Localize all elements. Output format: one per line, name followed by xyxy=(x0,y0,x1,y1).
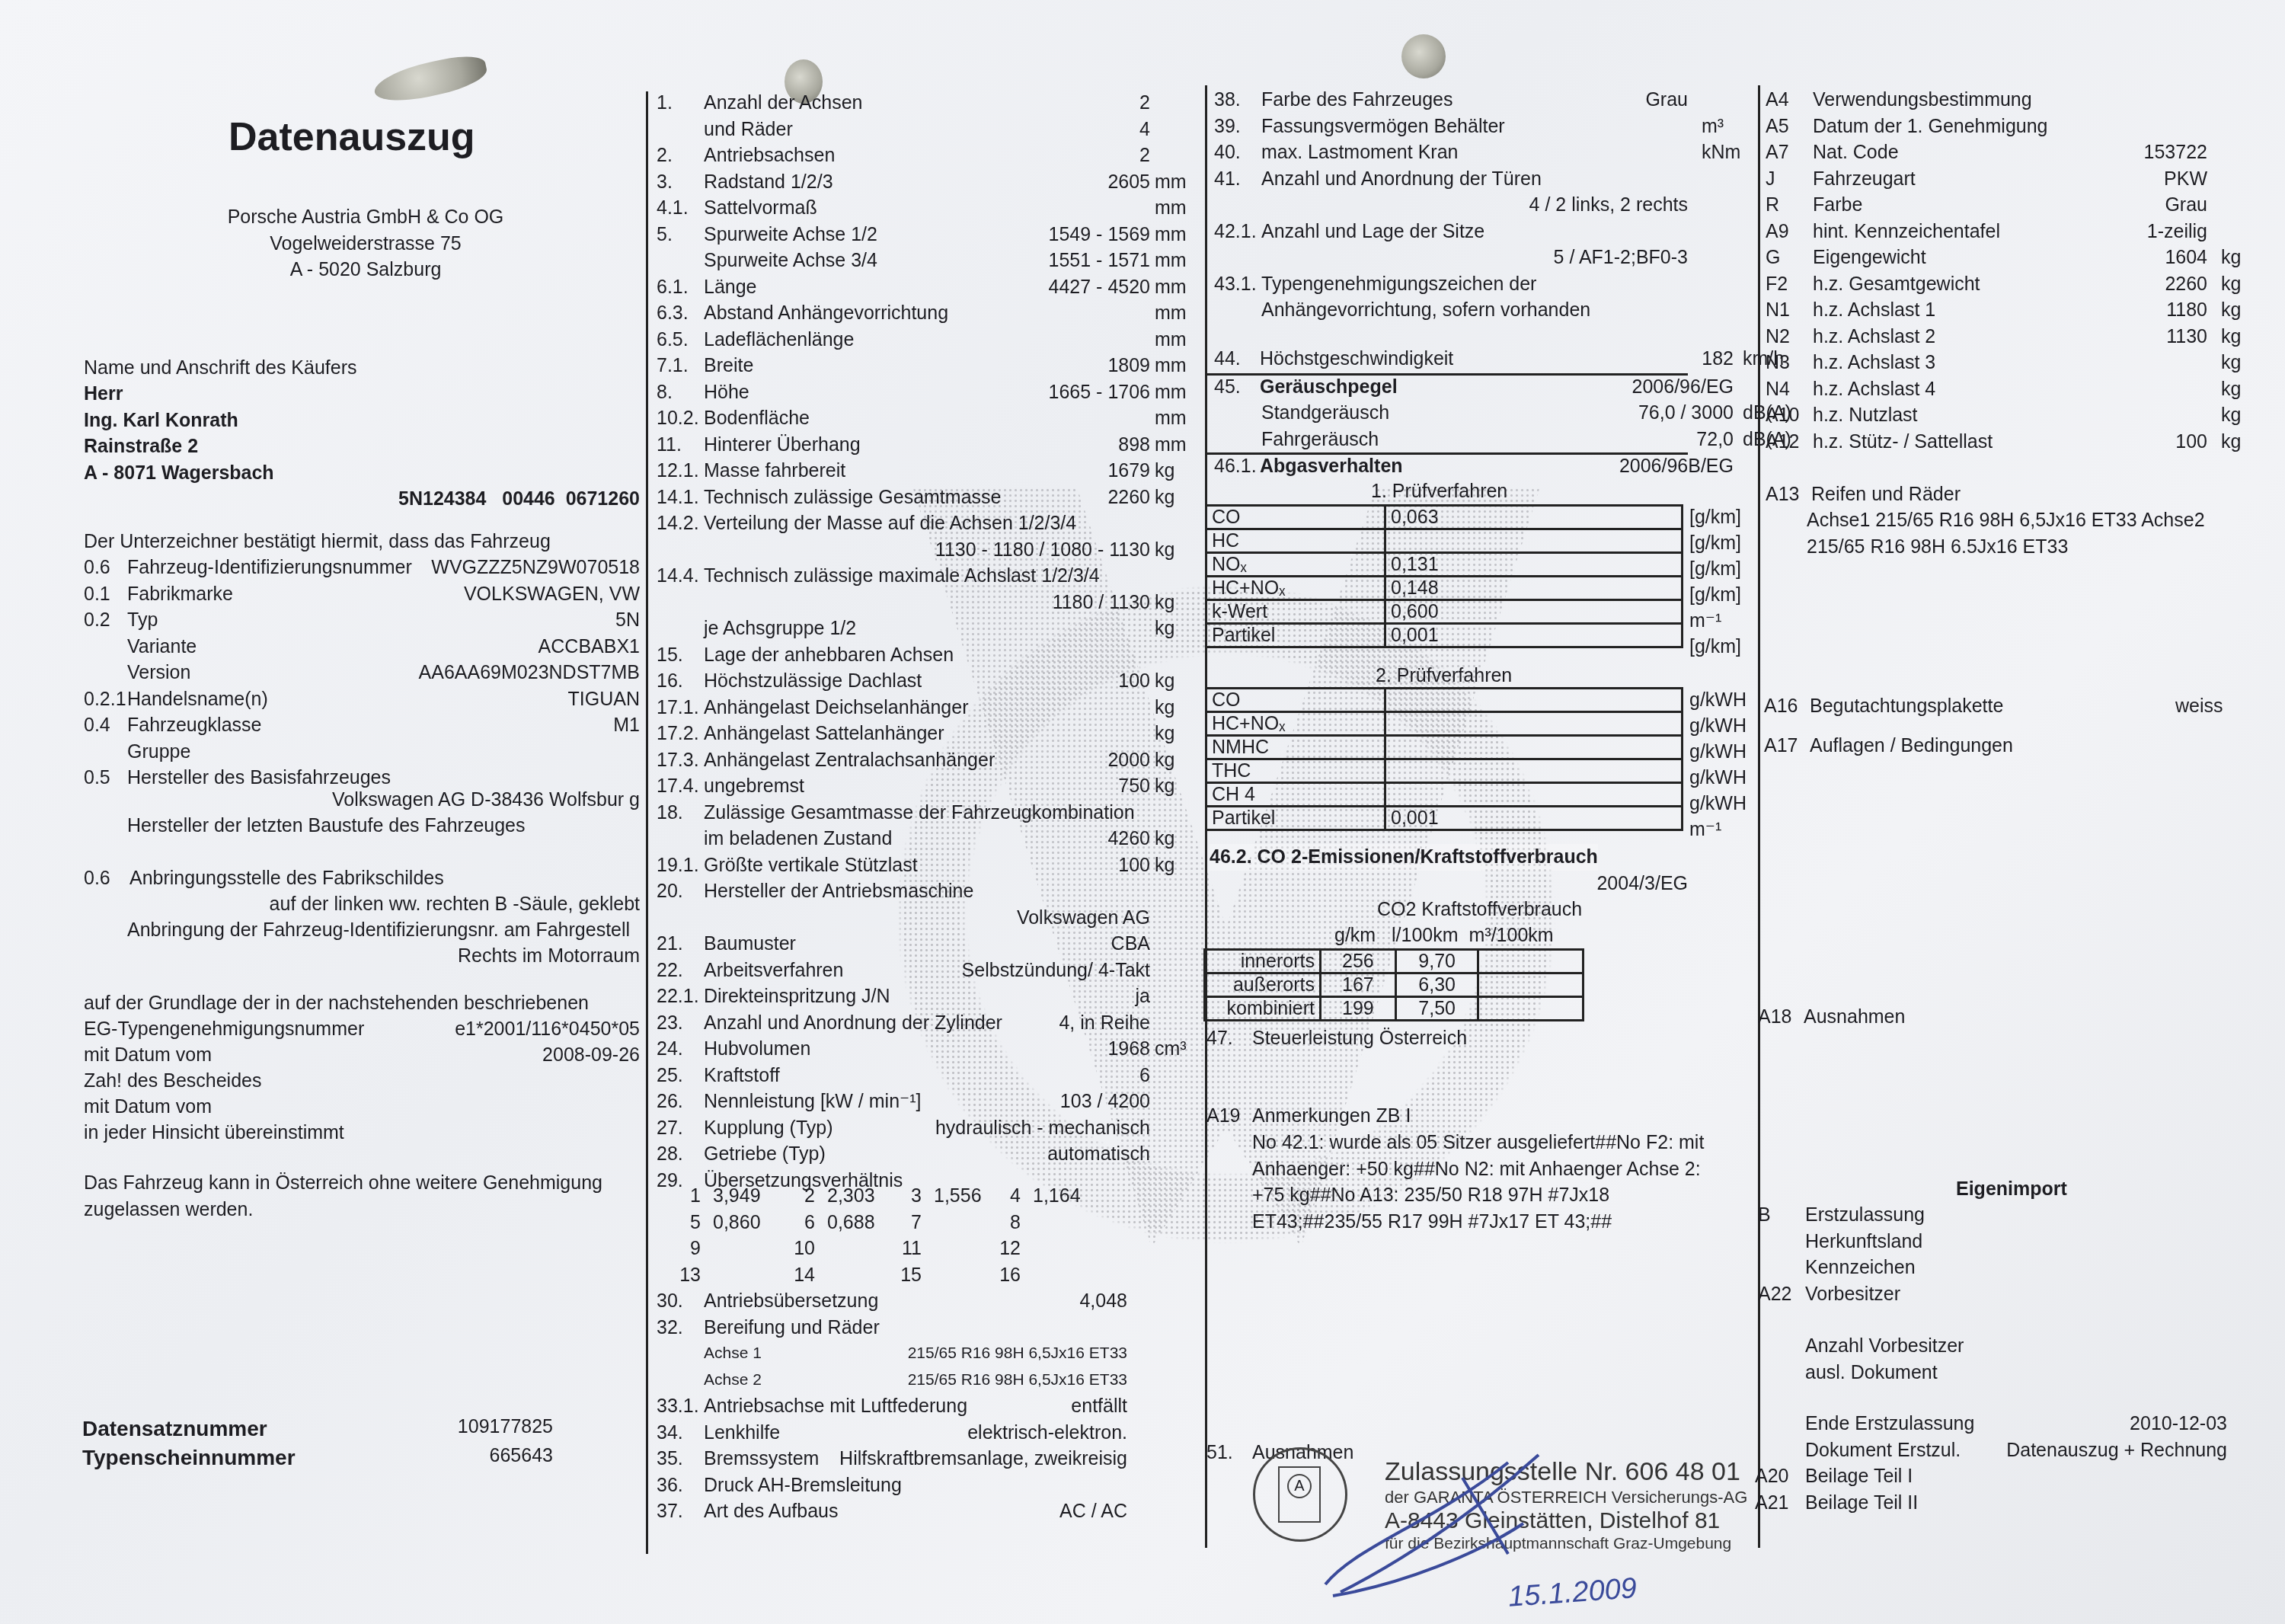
field-unit: kg xyxy=(1155,747,1174,774)
type-certificate-label: Typenscheinnummer xyxy=(82,1446,296,1470)
col4-row: F2h.z. Gesamtgewicht2260kg xyxy=(1766,271,2283,298)
emissions-header: 46.1.Abgasverhalten 2006/96B/EG xyxy=(1214,453,1747,480)
field-label: ungebremst xyxy=(704,773,804,800)
pollutant-unit: [g/km] xyxy=(1689,634,1741,660)
pollutant-value xyxy=(1385,529,1683,553)
pollutant-name: Partikel xyxy=(1206,807,1385,830)
field-code: 15. xyxy=(657,642,704,669)
stamp-badge: A xyxy=(1287,1474,1312,1498)
col3-row: 40.max. Lastmoment KrankNm xyxy=(1214,139,1747,166)
buyer-street: Rainstraße 2 xyxy=(84,433,274,460)
field-value: TIGUAN xyxy=(568,686,640,713)
pollutant-unit: g/kWH xyxy=(1689,765,1747,791)
emissions-table-1: CO0,063HCNOₓ0,131HC+NOₓ0,148k-Wert0,600P… xyxy=(1205,504,1683,648)
technical-row: 17.4.ungebremst750kg xyxy=(657,773,1194,800)
col4-row: JFahrzeugartPKW xyxy=(1766,166,2283,193)
field-unit: mm xyxy=(1155,274,1187,301)
col4-row: A9hint. Kennzeichentafel1-zeilig xyxy=(1766,219,2283,245)
field-value: WVGZZZ5NZ9W070518 xyxy=(431,555,640,581)
emissions-table-2: COHC+NOₓNMHCTHCCH 4Partikel0,001 xyxy=(1205,687,1683,831)
field-code: 14.4. xyxy=(657,563,704,590)
field-label: Anzahl und Anordnung der Zylinder xyxy=(704,1010,1002,1037)
technical-row: 21.BaumusterCBA xyxy=(657,931,1194,957)
field-code: 22. xyxy=(657,957,704,984)
field-code: 35. xyxy=(657,1446,704,1472)
field-code: 17.2. xyxy=(657,721,704,747)
field-value: 1130 - 1180 / 1080 - 1130 xyxy=(935,537,1150,564)
field-value: 100 xyxy=(2175,429,2207,456)
field-label: Bremssystem xyxy=(704,1446,819,1472)
pollutant-value xyxy=(1385,783,1683,807)
col4-row: A5Datum der 1. Genehmigung xyxy=(1766,113,2283,140)
field-label: Variante xyxy=(127,634,197,660)
col4-row: A10h.z. Nutzlastkg xyxy=(1766,402,2283,429)
co2-row: innerorts2569,70 xyxy=(1205,950,1584,973)
technical-row: 25.Kraftstoff6 xyxy=(657,1063,1194,1089)
field-label: Farbe des Fahrzeuges xyxy=(1261,87,1453,113)
field-value: automatisch xyxy=(1047,1141,1150,1168)
col4-row: RFarbeGrau xyxy=(1766,192,2283,219)
field-code: R xyxy=(1766,192,1813,219)
field-value: 1549 - 1569 xyxy=(1049,222,1150,248)
field-label: Fahrgeräusch xyxy=(1261,429,1379,450)
remarks-text: No 42.1: wurde als 05 Sitzer ausgeliefer… xyxy=(1252,1130,1704,1235)
technical-row: 33.1.Antriebsachse mit Luftfederungentfä… xyxy=(657,1393,1194,1420)
approval-intro: auf der Grundlage der in der nachstehend… xyxy=(84,990,589,1017)
field-unit: mm xyxy=(1155,353,1187,379)
pollutant-name: CO xyxy=(1206,506,1385,529)
pollutant-value: 0,001 xyxy=(1385,807,1683,830)
gear-number: 16 xyxy=(990,1262,1021,1289)
technical-row: 14.1.Technisch zulässige Gesamtmasse2260… xyxy=(657,484,1194,511)
field-value: 1180 xyxy=(2166,297,2207,324)
field-code: 17.1. xyxy=(657,695,704,721)
technical-row: Achse 2215/65 R16 98H 6,5Jx16 ET33 xyxy=(657,1367,1194,1394)
conformity-text: in jeder Hinsicht übereinstimmt xyxy=(84,1120,344,1146)
field-label: hint. Kennzeichentafel xyxy=(1813,219,2000,245)
issuer-name: Porsche Austria GmbH & Co OG xyxy=(183,204,548,231)
gear-ratio-value: 0,860 xyxy=(713,1210,761,1236)
col3-row: 39.Fassungsvermögen Behälterm³ xyxy=(1214,113,1747,140)
field-code: 30. xyxy=(657,1288,704,1315)
reference-codes: 5N124384 00446 0671260 xyxy=(305,486,640,513)
technical-row: 20.Hersteller der Antriebsmaschine xyxy=(657,878,1194,905)
field-label: Beilage Teil I xyxy=(1805,1463,1913,1490)
technical-row: 7.1.Breite1809mm xyxy=(657,353,1194,379)
field-label: Kupplung (Typ) xyxy=(704,1115,833,1142)
field-value: 1551 - 1571 xyxy=(1049,248,1150,274)
noise-row: Fahrgeräusch72,0dB(A) xyxy=(1261,427,1749,453)
field-value: 76,0 / 3000 xyxy=(1414,400,1734,427)
field-code: 39. xyxy=(1214,113,1261,140)
field-code: G xyxy=(1766,245,1813,271)
pollutant-name: HC+NOₓ xyxy=(1206,712,1385,736)
registration-note: Das Fahrzeug kann in Österreich ohne wei… xyxy=(84,1170,602,1223)
field-code: N1 xyxy=(1766,297,1813,324)
field-unit: mm xyxy=(1155,405,1187,432)
decision-label: Zah! des Bescheides xyxy=(84,1068,261,1095)
base-manufacturer: Volkswagen AG D-38436 Wolfsbur g xyxy=(152,787,640,814)
technical-row: 1.Anzahl der Achsen2 xyxy=(657,90,1194,117)
noise-header: 45.Geräuschpegel 2006/96/EG xyxy=(1214,374,1747,401)
field-value: CBA xyxy=(1111,931,1150,957)
decision-date-label: mit Datum vom xyxy=(84,1094,212,1120)
field-value: ACCBABX1 xyxy=(538,634,640,660)
field-code: 8. xyxy=(657,379,704,406)
identity-row: VarianteACCBABX1 xyxy=(84,634,640,660)
field-label: Größte vertikale Stützlast xyxy=(704,852,918,879)
field-value: 2 xyxy=(1139,90,1150,117)
gear-ratio-value: 3,949 xyxy=(713,1183,761,1210)
record-number: 109177825 xyxy=(381,1414,553,1440)
technical-row: 32.Bereifung und Räder xyxy=(657,1315,1194,1341)
col4-row: N2h.z. Achslast 21130kg xyxy=(1766,324,2283,350)
issuer-block: Porsche Austria GmbH & Co OG Vogelweider… xyxy=(183,204,548,283)
field-code: 0.4 xyxy=(84,712,127,739)
field-unit: mm xyxy=(1155,222,1187,248)
emission-row: HC+NOₓ0,148 xyxy=(1206,577,1683,600)
field-label: Standgeräusch xyxy=(1261,402,1389,424)
field-value: Selbstzündung/ 4-Takt xyxy=(962,957,1150,984)
field-value: 6 xyxy=(1139,1063,1150,1089)
noise-row: Standgeräusch76,0 / 3000dB(A) xyxy=(1261,400,1749,427)
col4-row: N4h.z. Achslast 4kg xyxy=(1766,376,2283,403)
col4-row: A4Verwendungsbestimmung xyxy=(1766,87,2283,113)
field-value: Hilfskraftbremsanlage, zweikreisig xyxy=(839,1446,1127,1472)
field-unit: kg xyxy=(1155,590,1174,616)
co2-cell-name: innerorts xyxy=(1205,950,1321,973)
pollutant-value xyxy=(1385,736,1683,759)
technical-row: 14.2.Verteilung der Masse auf die Achsen… xyxy=(657,510,1194,537)
co2-header: 46.2. CO 2-Emissionen/Kraftstoffverbrauc… xyxy=(1210,844,1598,871)
field-value: AC / AC xyxy=(1059,1498,1127,1525)
pollutant-name: k-Wert xyxy=(1206,600,1385,624)
technical-row: im beladenen Zustand4260kg xyxy=(657,826,1194,852)
buyer-label: Name und Anschrift des Käufers xyxy=(84,355,357,382)
field-label: Antriebsübersetzung xyxy=(704,1288,878,1315)
column-divider xyxy=(1758,85,1760,1548)
pollutant-unit: [g/km] xyxy=(1689,530,1741,557)
field-value: VOLKSWAGEN, VW xyxy=(464,581,640,608)
field-label: Version xyxy=(127,660,190,686)
pollutant-name: NMHC xyxy=(1206,736,1385,759)
field-label: Höhe xyxy=(704,379,749,406)
field-label: Bereifung und Räder xyxy=(704,1315,880,1341)
co2-directive: 2004/3/EG xyxy=(1447,871,1688,897)
tires-text: Achse1 215/65 R16 98H 6,5Jx16 ET33 Achse… xyxy=(1807,507,2205,560)
field-code: 34. xyxy=(657,1420,704,1447)
gear-number: 12 xyxy=(990,1236,1021,1262)
field-code: 22.1. xyxy=(657,983,704,1010)
emission-row: HC xyxy=(1206,529,1683,553)
pollutant-name: HC+NOₓ xyxy=(1206,577,1385,600)
field-label: Sattelvormaß xyxy=(704,195,817,222)
technical-row: 6.1.Länge4427 - 4520mm xyxy=(657,274,1194,301)
pollutant-value: 0,600 xyxy=(1385,600,1683,624)
buyer-salutation: Herr xyxy=(84,381,274,408)
gear-number: 9 xyxy=(670,1236,701,1262)
field-unit: kg xyxy=(1155,695,1174,721)
technical-row: 2.Antriebsachsen2 xyxy=(657,142,1194,169)
field-unit: kg xyxy=(2221,350,2241,376)
technical-row: 19.1.Größte vertikale Stützlast100kg xyxy=(657,852,1194,879)
technical-row: 3.Radstand 1/2/32605mm xyxy=(657,169,1194,196)
co2-cell-m3 xyxy=(1478,950,1584,973)
technical-row: Achse 1215/65 R16 98H 6,5Jx16 ET33 xyxy=(657,1341,1194,1367)
field-value: 215/65 R16 98H 6,5Jx16 ET33 xyxy=(908,1367,1127,1394)
technical-row: 22.ArbeitsverfahrenSelbstzündung/ 4-Takt xyxy=(657,957,1194,984)
co2-table-header: CO2 Kraftstoffverbrauch xyxy=(1377,897,1582,923)
field-label: Achse 1 xyxy=(704,1341,762,1367)
field-label: Höchstzulässige Dachlast xyxy=(704,668,922,695)
issuer-city: A - 5020 Salzburg xyxy=(183,257,548,283)
field-label: Art des Aufbaus xyxy=(704,1498,839,1525)
field-code: 0.5 xyxy=(84,765,127,791)
field-unit: kg xyxy=(2221,402,2241,429)
field-unit: kg xyxy=(2221,324,2241,350)
field-value: 4 / 2 links, 2 rechts xyxy=(1529,192,1688,219)
field-label: Fahrzeugart xyxy=(1813,166,1916,193)
buyer-name: Ing. Karl Konrath xyxy=(84,408,274,434)
pollutant-unit: g/kWH xyxy=(1689,739,1747,766)
field-value: 100 xyxy=(1118,852,1150,879)
vin-location-value: Rechts im Motorraum xyxy=(152,943,640,970)
field-code: 12.1. xyxy=(657,458,704,484)
punch-hole xyxy=(371,51,490,107)
pollutant-value: 0,148 xyxy=(1385,577,1683,600)
field-unit: kg xyxy=(2221,297,2241,324)
field-code: A9 xyxy=(1766,219,1813,245)
field-value: 4427 - 4520 xyxy=(1049,274,1150,301)
technical-row: 6.3.Abstand Anhängevorrichtungmm xyxy=(657,300,1194,327)
field-label: Antriebsachsen xyxy=(704,142,835,169)
pollutant-unit: [g/km] xyxy=(1689,582,1741,609)
technical-row: 35.BremssystemHilfskraftbremsanlage, zwe… xyxy=(657,1446,1194,1472)
type-certificate-number: 665643 xyxy=(381,1443,553,1469)
technical-row: 22.1.Direkteinspritzung J/Nja xyxy=(657,983,1194,1010)
field-label: h.z. Achslast 4 xyxy=(1813,376,1935,403)
co2-cell-name: außerorts xyxy=(1205,973,1321,997)
field-code: 3. xyxy=(657,169,704,196)
field-code: A21 xyxy=(1755,1490,1805,1517)
approval-number-label: EG-Typengenehmigungsnummer xyxy=(84,1016,364,1043)
field-value: 1130 xyxy=(2166,324,2207,350)
field-value: 2000 xyxy=(1107,747,1150,774)
pollutant-name: CO xyxy=(1206,689,1385,712)
field-unit: kg xyxy=(1155,826,1174,852)
field-label: Bodenfläche xyxy=(704,405,810,432)
field-label: Radstand 1/2/3 xyxy=(704,169,833,196)
field-value: entfällt xyxy=(1071,1393,1127,1420)
field-code: 17.3. xyxy=(657,747,704,774)
emission-row: Partikel0,001 xyxy=(1206,624,1683,647)
inspection-sticker-row: A16Begutachtungsplakette weiss xyxy=(1764,693,2236,720)
exceptions-row-a18: A18Ausnahmen xyxy=(1758,1004,1905,1031)
field-label: Farbe xyxy=(1813,192,1862,219)
field-label: h.z. Achslast 2 xyxy=(1813,324,1935,350)
field-label: Datum der 1. Genehmigung xyxy=(1813,113,2048,140)
field-unit: kg xyxy=(1155,537,1174,564)
field-value: Volkswagen AG xyxy=(1017,905,1150,932)
test2-title: 2. Prüfverfahren xyxy=(1376,663,1512,689)
field-label: h.z. Stütz- / Sattellast xyxy=(1813,429,1993,456)
col3-row: 38.Farbe des FahrzeugesGrau xyxy=(1214,87,1747,113)
gear-ratio-value: 1,164 xyxy=(1033,1183,1081,1210)
field-code: N4 xyxy=(1766,376,1813,403)
field-value: Grau xyxy=(1645,87,1688,113)
pollutant-value: 0,001 xyxy=(1385,624,1683,647)
field-label: Technisch zulässige Gesamtmasse xyxy=(704,484,1001,511)
field-label: Anhängelast Zentralachsanhänger xyxy=(704,747,995,774)
identity-row: Gruppe xyxy=(84,739,640,766)
pollutant-unit: g/kWH xyxy=(1689,713,1747,740)
field-code: 14.2. xyxy=(657,510,704,537)
field-label: im beladenen Zustand xyxy=(704,826,892,852)
field-value: 750 xyxy=(1118,773,1150,800)
field-value: Grau xyxy=(2165,192,2207,219)
field-code: 10.2. xyxy=(657,405,704,432)
field-unit: mm xyxy=(1155,327,1187,353)
pollutant-value xyxy=(1385,759,1683,783)
field-code: 26. xyxy=(657,1089,704,1115)
identity-row: 0.2Typ5N xyxy=(84,607,640,634)
field-label: Anzahl der Achsen xyxy=(704,90,862,117)
pollutant-unit: g/kWH xyxy=(1689,791,1747,817)
gear-ratio-value: 1,556 xyxy=(934,1183,982,1210)
field-label: Zulässige Gesamtmasse der Fahrzeugkombin… xyxy=(704,800,1135,826)
field-label: Breite xyxy=(704,353,753,379)
import-row: A20Beilage Teil I xyxy=(1755,1463,2273,1490)
field-unit: kg xyxy=(2221,245,2241,271)
import-row: Kennzeichen xyxy=(1758,1255,2276,1281)
column-divider xyxy=(646,91,648,1554)
field-unit: mm xyxy=(1155,432,1187,459)
field-value: M1 xyxy=(613,712,640,739)
technical-row: 17.2.Anhängelast Sattelanhängerkg xyxy=(657,721,1194,747)
field-code: 41. xyxy=(1214,166,1261,193)
pollutant-value: 0,131 xyxy=(1385,553,1683,577)
emission-row: CH 4 xyxy=(1206,783,1683,807)
import-title: Eigenimport xyxy=(1956,1176,2067,1203)
col4-row: N3h.z. Achslast 3kg xyxy=(1766,350,2283,376)
field-value: 898 xyxy=(1118,432,1150,459)
gear-ratio-value: 0,688 xyxy=(827,1210,875,1236)
emission-row: NMHC xyxy=(1206,736,1683,759)
field-code: 23. xyxy=(657,1010,704,1037)
field-value: elektrisch-elektron. xyxy=(967,1420,1127,1447)
conditions-row: A17Auflagen / Bedingungen xyxy=(1764,733,2013,759)
technical-row: je Achsgruppe 1/2kg xyxy=(657,615,1194,642)
issuer-street: Vogelweiderstrasse 75 xyxy=(183,231,548,257)
co2-cell-m3 xyxy=(1478,973,1584,997)
field-code: A20 xyxy=(1755,1463,1805,1490)
field-value: 2260 xyxy=(1107,484,1150,511)
field-code: F2 xyxy=(1766,271,1813,298)
plate-location-value: auf der linken ww. rechten B -Säule, gek… xyxy=(152,891,640,918)
gear-ratio-value: 2,303 xyxy=(827,1183,875,1210)
field-value: 153722 xyxy=(2144,139,2207,166)
col3-row: 42.1.Anzahl und Lage der Sitze xyxy=(1214,219,1747,245)
emission-row: CO xyxy=(1206,689,1683,712)
field-label: Nat. Code xyxy=(1813,139,1899,166)
gear-number: 11 xyxy=(891,1236,922,1262)
plate-location-row: 0.6Anbringungsstelle des Fabrikschildes xyxy=(84,865,444,892)
technical-row: 11.Hinterer Überhang898mm xyxy=(657,432,1194,459)
field-unit: kg xyxy=(1155,668,1174,695)
import-row: Anzahl Vorbesitzer xyxy=(1758,1333,2276,1360)
gear-number: 13 xyxy=(670,1262,701,1289)
field-code: 25. xyxy=(657,1063,704,1089)
field-label: h.z. Achslast 3 xyxy=(1813,350,1935,376)
identity-row: VersionAA6AA69M023NDST7MB xyxy=(84,660,640,686)
field-unit: kg xyxy=(1155,458,1174,484)
field-value: 2260 xyxy=(2165,271,2207,298)
approval-number: e1*2001/116*0450*05 xyxy=(381,1016,640,1043)
field-value: hydraulisch - mechanisch xyxy=(935,1115,1150,1142)
page-title: Datenauszug xyxy=(228,114,475,160)
gear-number: 8 xyxy=(990,1210,1021,1236)
gear-number: 2 xyxy=(785,1183,815,1210)
field-label: Spurweite Achse 3/4 xyxy=(704,248,877,274)
field-label: Dokument Erstzul. xyxy=(1805,1437,1961,1464)
gear-number: 14 xyxy=(785,1262,815,1289)
technical-row: 23.Anzahl und Anordnung der Zylinder4, i… xyxy=(657,1010,1194,1037)
field-value: 215/65 R16 98H 6,5Jx16 ET33 xyxy=(908,1341,1127,1367)
field-code: 0.6 xyxy=(84,555,127,581)
field-code: 7.1. xyxy=(657,353,704,379)
pollutant-name: THC xyxy=(1206,759,1385,783)
field-code: 18. xyxy=(657,800,704,826)
vin-location-label: Anbringung der Fahrzeug-Identifizierungs… xyxy=(127,917,630,944)
field-code: 40. xyxy=(1214,139,1261,166)
field-label: Nennleistung [kW / min⁻¹] xyxy=(704,1089,922,1115)
field-code: 43.1. xyxy=(1214,271,1261,298)
field-value: 2605 xyxy=(1107,169,1150,196)
field-code: A22 xyxy=(1758,1281,1805,1308)
field-code: 0.2 xyxy=(84,607,127,634)
identity-row: 0.1FabrikmarkeVOLKSWAGEN, VW xyxy=(84,581,640,608)
field-value: Datenauszug + Rechnung xyxy=(2006,1437,2227,1464)
identity-row: 0.2.1Handelsname(n)TIGUAN xyxy=(84,686,640,713)
pollutant-value: 0,063 xyxy=(1385,506,1683,529)
pollutant-unit: g/kWH xyxy=(1689,687,1747,714)
field-label: und Räder xyxy=(704,117,793,143)
field-label: Handelsname(n) xyxy=(127,686,268,713)
technical-row: 15.Lage der anhebbaren Achsen xyxy=(657,642,1194,669)
field-unit: mm xyxy=(1155,379,1187,406)
field-unit: mm xyxy=(1155,248,1187,274)
field-label: Fahrzeugklasse xyxy=(127,712,261,739)
field-code: N2 xyxy=(1766,324,1813,350)
technical-row: 27.Kupplung (Typ)hydraulisch - mechanisc… xyxy=(657,1115,1194,1142)
field-label: Lenkhilfe xyxy=(704,1420,780,1447)
field-unit: kg xyxy=(1155,484,1174,511)
field-value: 5 / AF1-2;BF0-3 xyxy=(1554,245,1688,271)
co2-cell-l100: 7,50 xyxy=(1395,997,1478,1021)
field-code: 20. xyxy=(657,878,704,905)
tax-row: 47.Steuerleistung Österreich xyxy=(1206,1025,1467,1052)
pollutant-unit: [g/km] xyxy=(1689,504,1741,531)
field-label: Herkunftsland xyxy=(1805,1229,1922,1255)
field-label: Fahrzeug-Identifizierungsnummer xyxy=(127,555,412,581)
field-label: Kraftstoff xyxy=(704,1063,780,1089)
import-row: Herkunftsland xyxy=(1758,1229,2276,1255)
field-label: Direkteinspritzung J/N xyxy=(704,983,890,1010)
punch-hole xyxy=(1401,34,1446,78)
max-speed-row: 44.Höchstgeschwindigkeit 182 km/h xyxy=(1214,346,1747,372)
field-code: 5. xyxy=(657,222,704,248)
field-unit: mm xyxy=(1155,195,1187,222)
